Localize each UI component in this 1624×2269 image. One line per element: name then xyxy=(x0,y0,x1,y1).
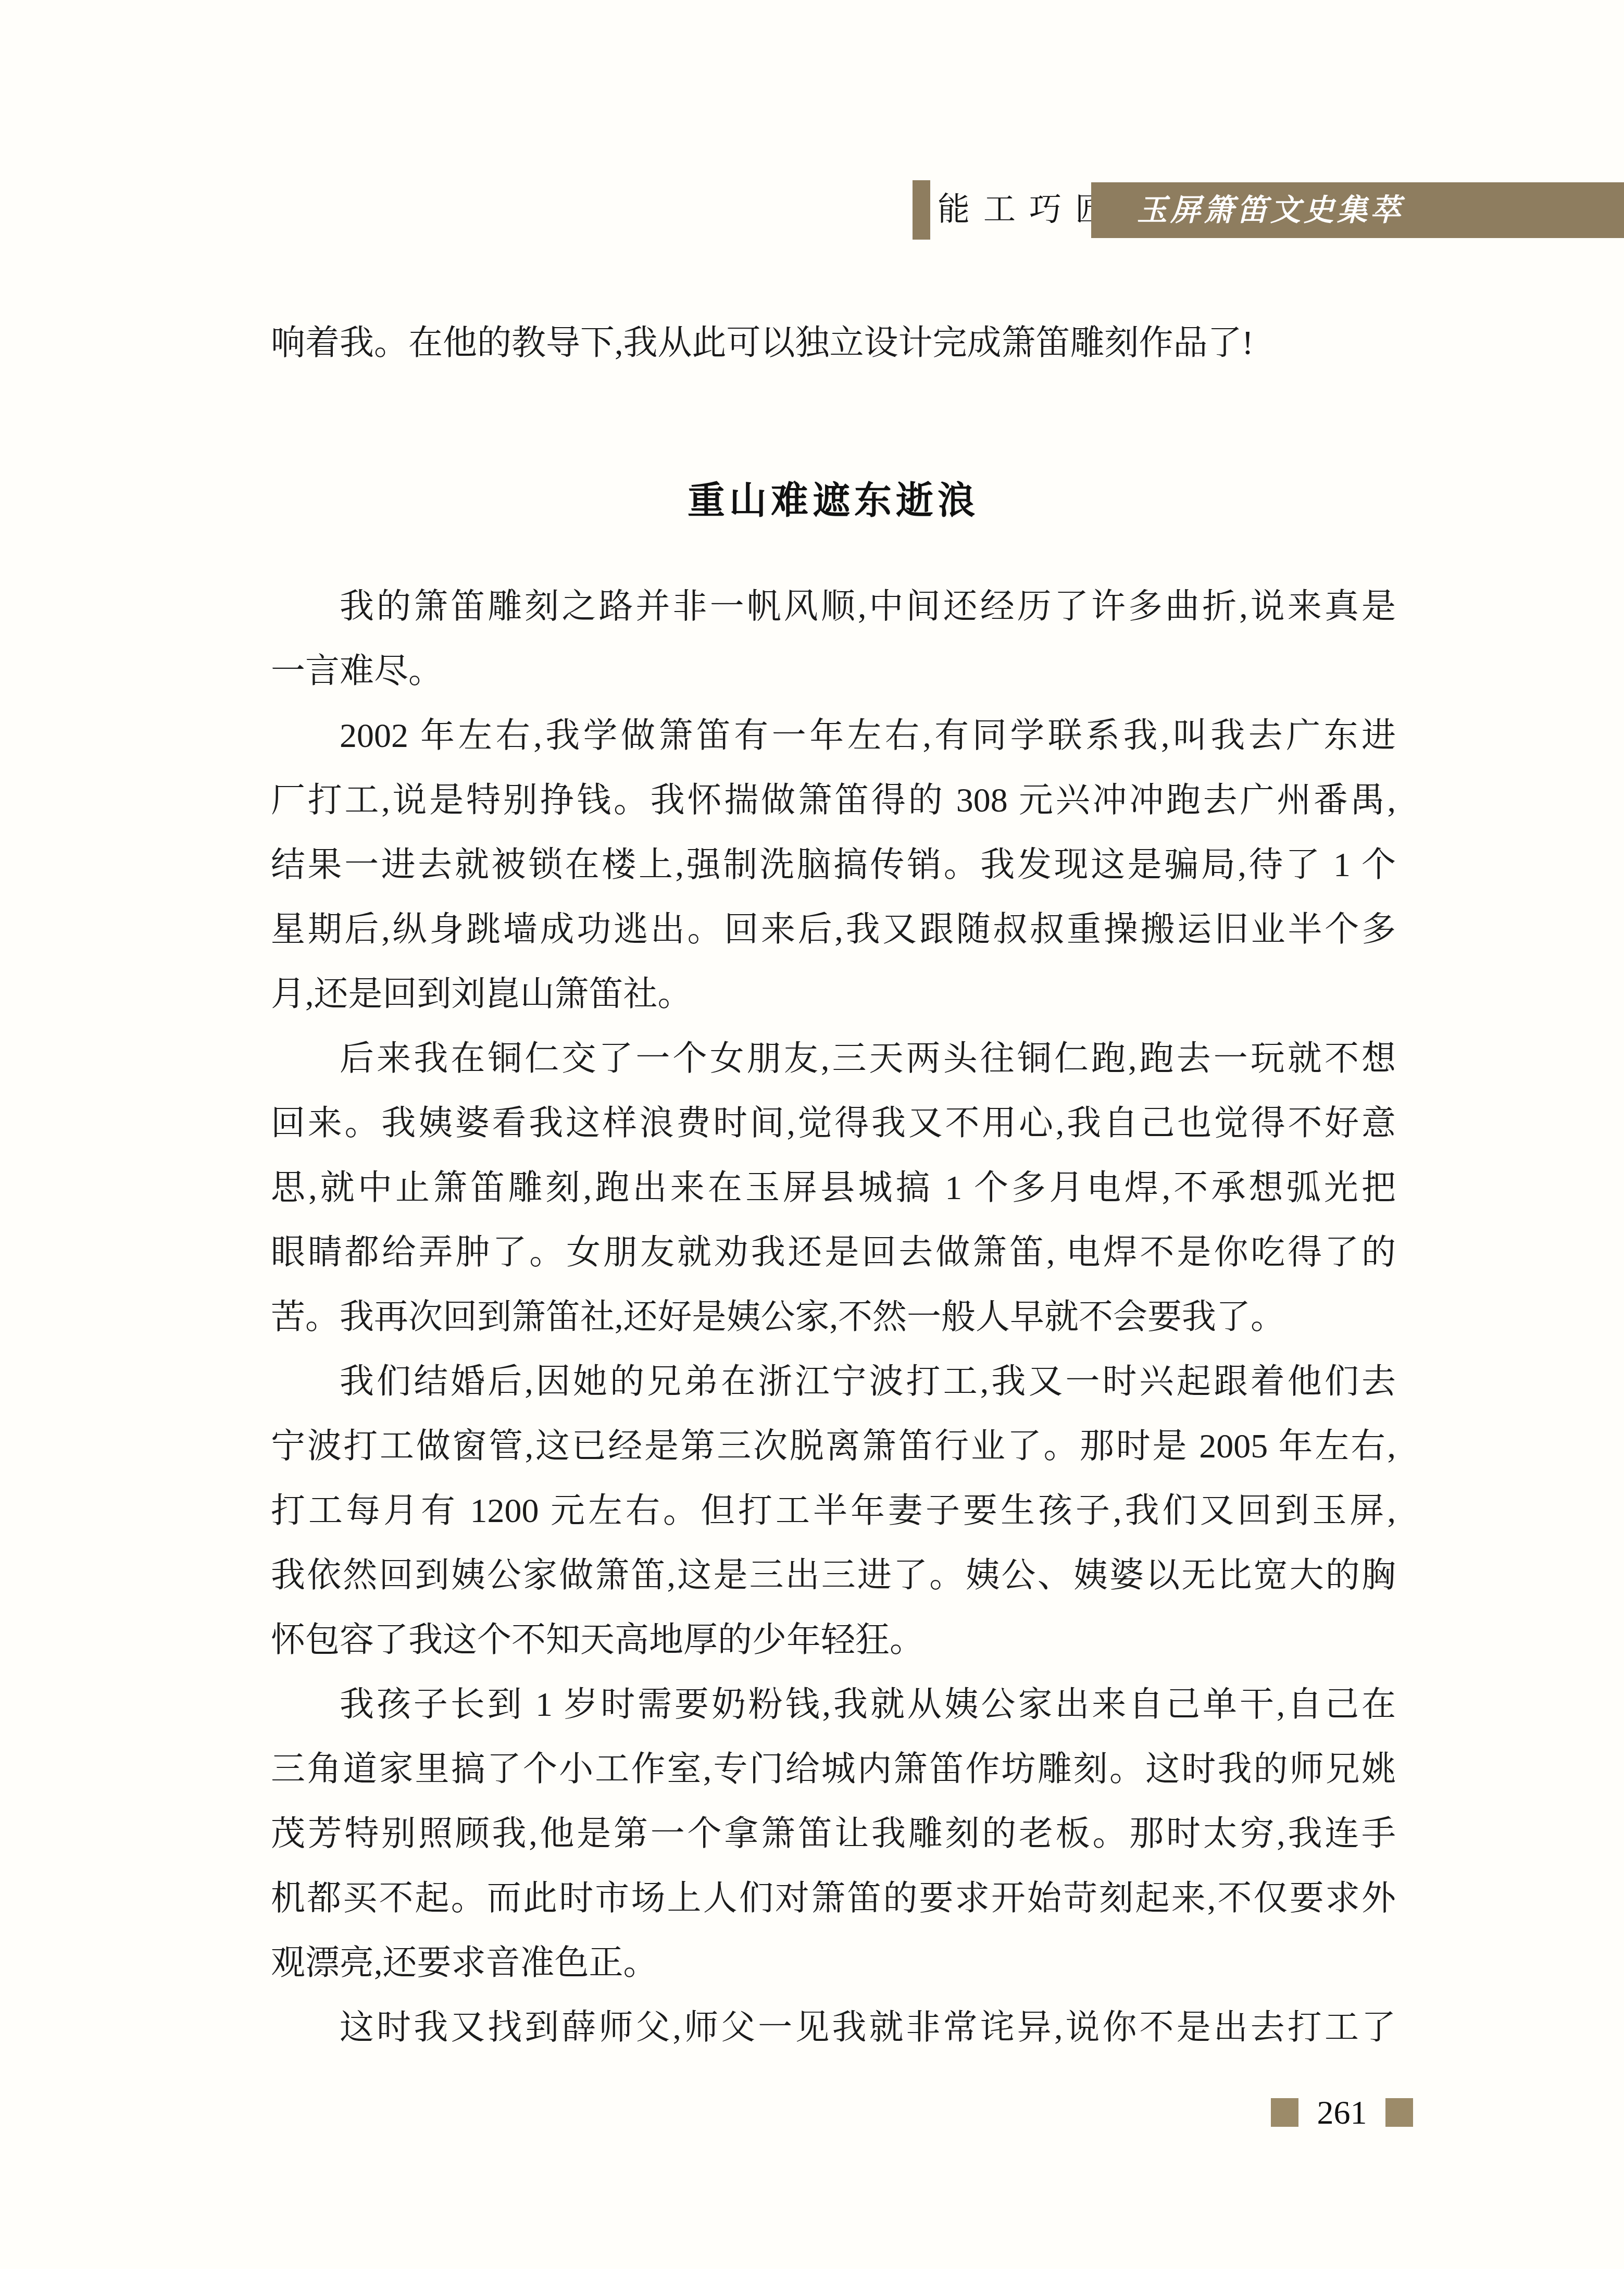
body-line: 我的箫笛雕刻之路并非一帆风顺,中间还经历了许多曲折,说来真是 xyxy=(271,575,1396,639)
body-line: 茂芳特别照顾我,他是第一个拿箫笛让我雕刻的老板。那时太穷,我连手 xyxy=(271,1802,1396,1866)
header-banner: 玉屏箫笛文史集萃 xyxy=(1091,182,1624,238)
body-line: 2002 年左右,我学做箫笛有一年左右,有同学联系我,叫我去广东进 xyxy=(271,704,1396,768)
footer-ornament-left-square xyxy=(1271,2098,1298,2127)
page-number: 261 xyxy=(1298,2096,1385,2129)
body-line: 一言难尽。 xyxy=(271,639,1396,704)
body-line: 这时我又找到薛师父,师父一见我就非常诧异,说你不是出去打工了 xyxy=(271,1996,1396,2060)
body-line: 眼睛都给弄肿了。女朋友就劝我还是回去做箫笛, 电焊不是你吃得了的 xyxy=(271,1220,1396,1285)
body-line: 月,还是回到刘崑山箫笛社。 xyxy=(271,962,1396,1027)
book-title-calligraphy: 玉屏箫笛文史集萃 xyxy=(1137,182,1404,238)
body-line: 机都买不起。而此时市场上人们对箫笛的要求开始苛刻起来,不仅要求外 xyxy=(271,1866,1396,1931)
body-line: 回来。我姨婆看我这样浪费时间,觉得我又不用心,我自己也觉得不好意 xyxy=(271,1091,1396,1156)
body-line: 宁波打工做窗管,这已经是第三次脱离箫笛行业了。那时是 2005 年左右, xyxy=(271,1414,1396,1479)
body-text-block: 我的箫笛雕刻之路并非一帆风顺,中间还经历了许多曲折,说来真是一言难尽。2002 … xyxy=(271,575,1396,2060)
carryover-paragraph-line: 响着我。在他的教导下,我从此可以独立设计完成箫笛雕刻作品了! xyxy=(271,311,1396,376)
book-page: 能工巧匠 玉屏箫笛文史集萃 响着我。在他的教导下,我从此可以独立设计完成箫笛雕刻… xyxy=(0,0,1624,2269)
body-line: 观漂亮,还要求音准色正。 xyxy=(271,1931,1396,1996)
body-line: 打工每月有 1200 元左右。但打工半年妻子要生孩子,我们又回到玉屏, xyxy=(271,1479,1396,1543)
body-line: 我孩子长到 1 岁时需要奶粉钱,我就从姨公家出来自己单干,自己在 xyxy=(271,1673,1396,1737)
body-line: 厂打工,说是特别挣钱。我怀揣做箫笛得的 308 元兴冲冲跑去广州番禺, xyxy=(271,768,1396,833)
footer-ornament-right-square xyxy=(1385,2098,1413,2127)
body-line: 我们结婚后,因她的兄弟在浙江宁波打工,我又一时兴起跟着他们去 xyxy=(271,1350,1396,1414)
body-line: 思,就中止箫笛雕刻,跑出来在玉屏县城搞 1 个多月电焊,不承想弧光把 xyxy=(271,1156,1396,1220)
body-line: 后来我在铜仁交了一个女朋友,三天两头往铜仁跑,跑去一玩就不想 xyxy=(271,1027,1396,1091)
body-line: 怀包容了我这个不知天高地厚的少年轻狂。 xyxy=(271,1608,1396,1673)
section-heading: 重山难遮东逝浪 xyxy=(271,468,1396,533)
header-accent-bar xyxy=(913,180,930,240)
body-line: 星期后,纵身跳墙成功逃出。回来后,我又跟随叔叔重操搬运旧业半个多 xyxy=(271,897,1396,962)
body-line: 三角道家里搞了个小工作室,专门给城内箫笛作坊雕刻。这时我的师兄姚 xyxy=(271,1737,1396,1802)
body-line: 我依然回到姨公家做箫笛,这是三出三进了。姨公、姨婆以无比宽大的胸 xyxy=(271,1543,1396,1608)
body-line: 苦。我再次回到箫笛社,还好是姨公家,不然一般人早就不会要我了。 xyxy=(271,1285,1396,1350)
body-line: 结果一进去就被锁在楼上,强制洗脑搞传销。我发现这是骗局,待了 1 个 xyxy=(271,833,1396,897)
